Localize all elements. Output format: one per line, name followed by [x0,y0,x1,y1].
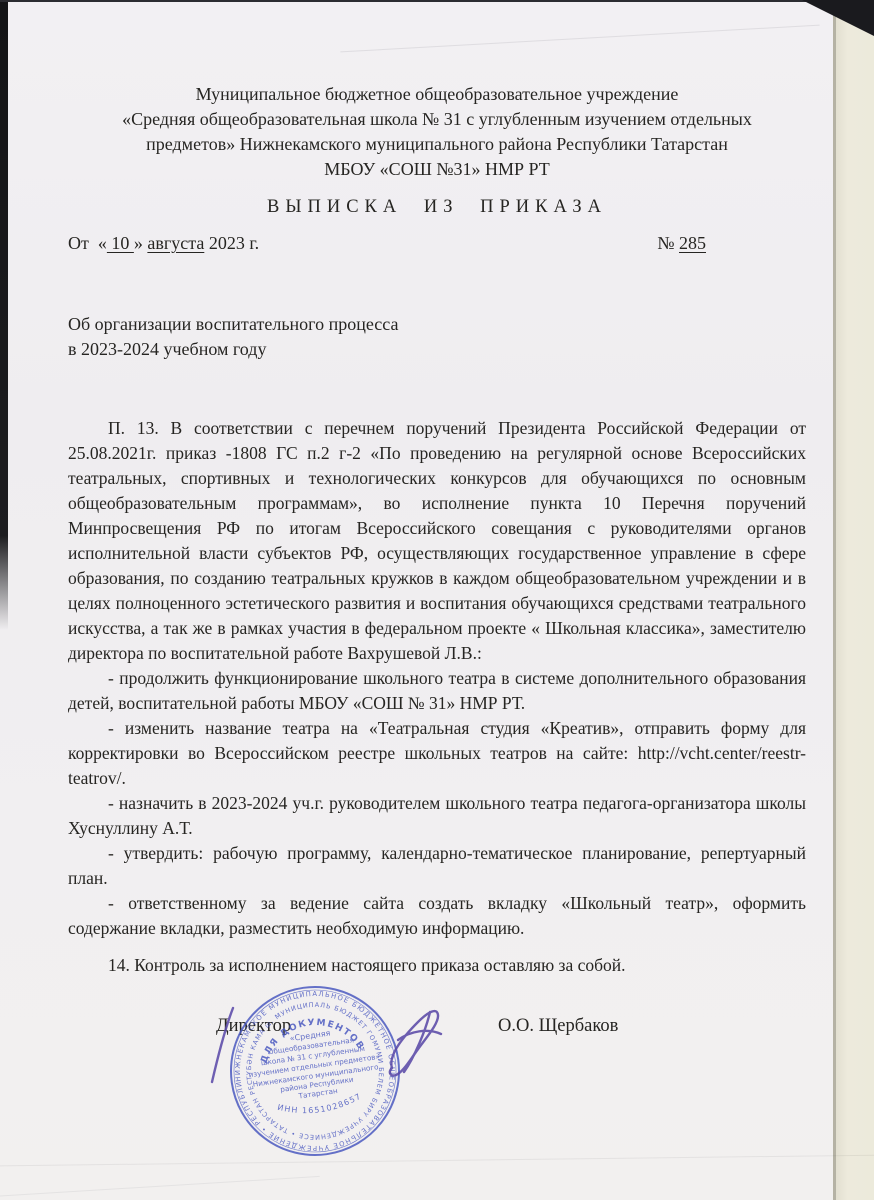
date-day: 10 [107,233,134,253]
order-item: - ответственному за ведение сайта создат… [68,891,806,941]
paper-crease [0,1155,874,1167]
order-item: - утвердить: рабочую программу, календар… [68,841,806,891]
org-short-name: МБОУ «СОШ №31» НМР РТ [77,157,797,182]
signer-name: О.О. Щербаков [498,1016,618,1037]
order-body: П. 13. В соответствии с перечнем поручен… [68,416,806,941]
control-clause: 14. Контроль за исполнением настоящего п… [68,955,806,976]
document-number: № 285 [657,233,706,254]
date-prefix: От « [68,233,107,253]
signature-row: Директор О.О. Щербаков [68,1016,806,1048]
order-item: - изменить название театра на «Театральн… [68,716,806,791]
date-close-quote: » [134,233,148,253]
scanned-document-page: Муниципальное бюджетное общеобразователь… [0,0,874,1200]
subject-line: Об организации воспитательного процесса [68,312,806,337]
document-date: От « 10 » августа 2023 г. [68,233,259,254]
date-year: 2023 г. [204,233,259,253]
order-item: - продолжить функционирование школьного … [68,666,806,716]
subject-line: в 2023-2024 учебном году [68,337,806,362]
number-value: 285 [679,233,706,253]
official-stamp: НИЖНЕКАМСКОЕ МУНИЦИПАЛЬНОЕ БЮДЖЕТНОЕ ОБЩ… [220,976,410,1166]
document-subject: Об организации воспитательного процесса … [68,312,806,362]
organization-header: Муниципальное бюджетное общеобразователь… [77,82,797,182]
order-paragraph: П. 13. В соответствии с перечнем поручен… [68,416,806,666]
org-name-line: «Средняя общеобразовательная школа № 31 … [77,107,797,132]
document-content: Муниципальное бюджетное общеобразователь… [68,0,806,1048]
document-title: ВЫПИСКА ИЗ ПРИКАЗА [68,197,806,218]
paper-edge-line [833,0,836,1200]
date-month: августа [147,233,204,253]
date-number-row: От « 10 » августа 2023 г. № 285 [68,233,806,254]
order-item: - назначить в 2023-2024 уч.г. руководите… [68,791,806,841]
org-name-line: предметов» Нижнекамского муниципального … [77,132,797,157]
paper-crease [0,1176,320,1197]
org-name-line: Муниципальное бюджетное общеобразователь… [77,82,797,107]
scan-side-strip [836,0,874,1200]
number-sign: № [657,233,679,253]
scan-left-shadow [0,0,8,630]
